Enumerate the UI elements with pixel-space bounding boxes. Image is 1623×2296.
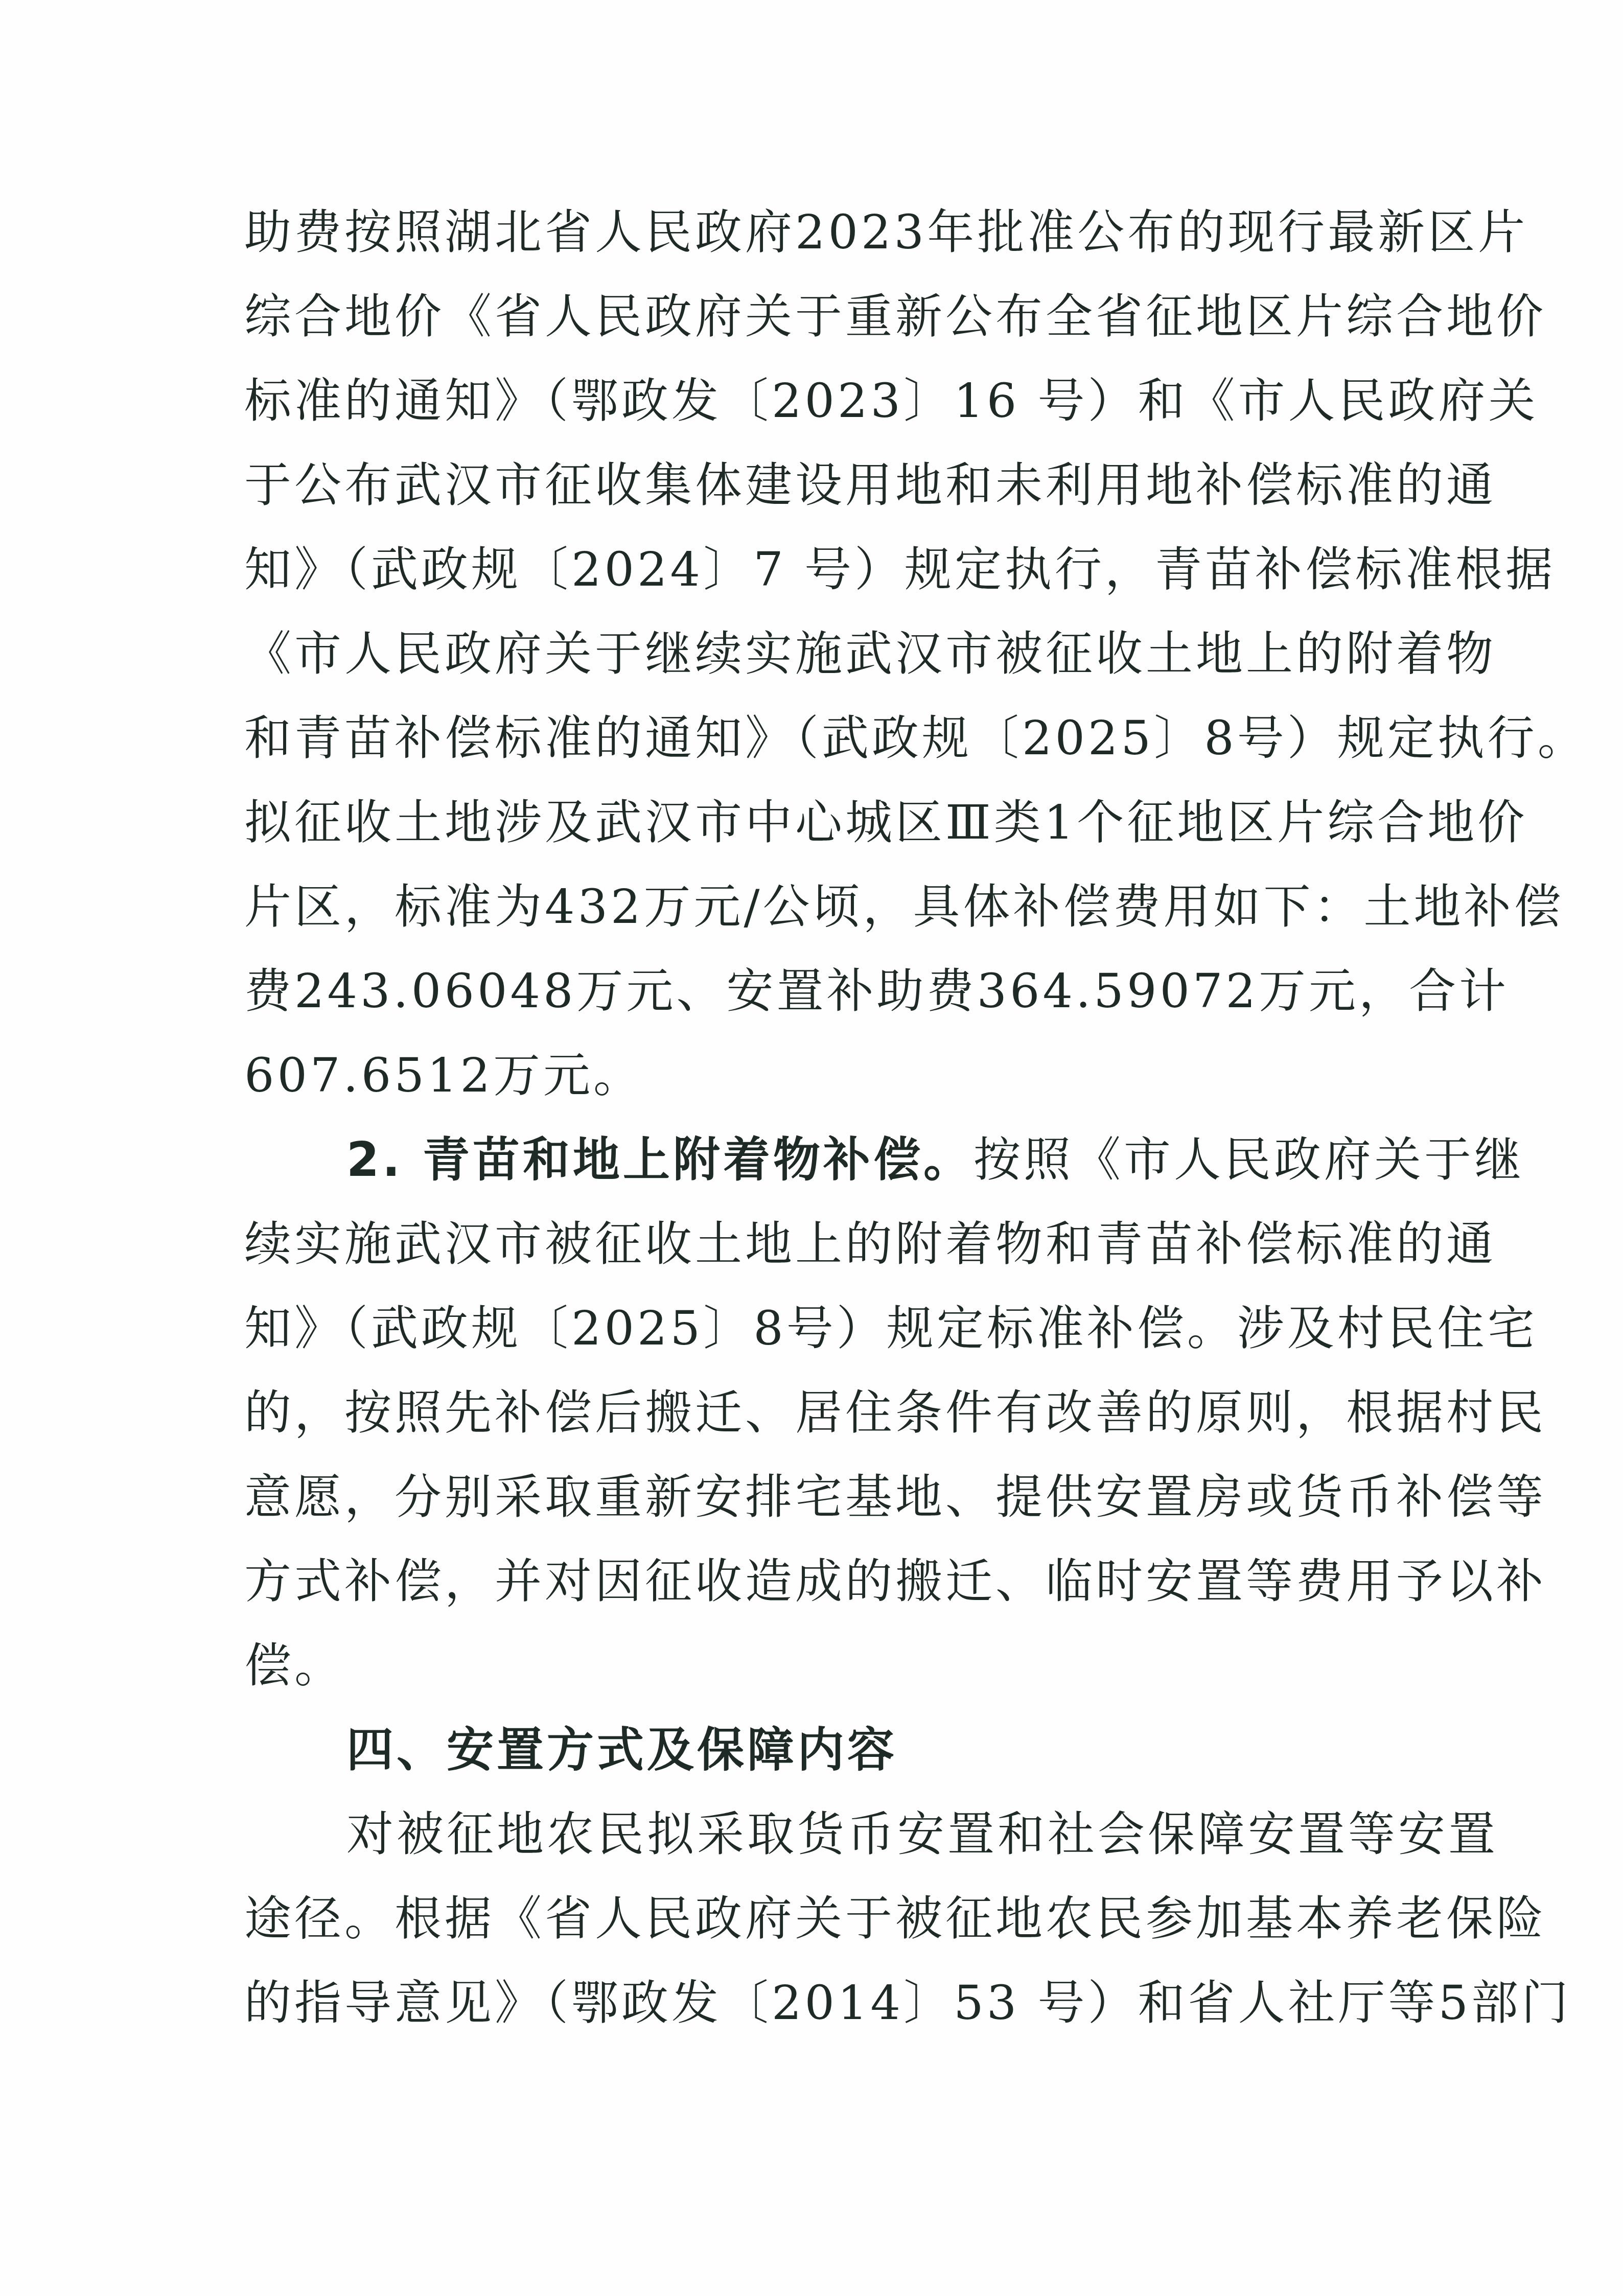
text-line: 《市人民政府关于继续实施武汉市被征收土地上的附着物 — [244, 612, 1374, 696]
text-line: 标准的通知》（鄂政发〔2023〕16 号）和《市人民政府关 — [244, 359, 1374, 443]
text-line-with-lead: 2. 青苗和地上附着物补偿。按照《市人民政府关于继 — [244, 1118, 1374, 1202]
text-line: 知》（武政规〔2025〕8号）规定标准补偿。涉及村民住宅 — [244, 1286, 1374, 1371]
text-line: 助费按照湖北省人民政府2023年批准公布的现行最新区片 — [244, 190, 1374, 274]
text-line: 费243.06048万元、安置补助费364.59072万元，合计 — [244, 949, 1374, 1033]
text-line: 方式补偿，并对因征收造成的搬迁、临时安置等费用予以补 — [244, 1539, 1374, 1624]
section-heading: 四、安置方式及保障内容 — [244, 1708, 1374, 1792]
text-line: 偿。 — [244, 1624, 1374, 1708]
text-line: 意愿，分别采取重新安排宅基地、提供安置房或货币补偿等 — [244, 1455, 1374, 1539]
text-line: 续实施武汉市被征收土地上的附着物和青苗补偿标准的通 — [244, 1202, 1374, 1286]
text-line: 知》（武政规〔2024〕7 号）规定执行，青苗补偿标准根据 — [244, 527, 1374, 612]
document-page: 助费按照湖北省人民政府2023年批准公布的现行最新区片 综合地价《省人民政府关于… — [0, 0, 1623, 2296]
paragraph-crops-compensation: 2. 青苗和地上附着物补偿。按照《市人民政府关于继 续实施武汉市被征收土地上的附… — [244, 1118, 1374, 1708]
item-lead-title: 2. 青苗和地上附着物补偿。 — [346, 1132, 973, 1187]
text-line: 的，按照先补偿后搬迁、居住条件有改善的原则，根据村民 — [244, 1371, 1374, 1455]
text-line: 途径。根据《省人民政府关于被征地农民参加基本养老保险 — [244, 1876, 1374, 1961]
section-heading-block: 四、安置方式及保障内容 — [244, 1708, 1374, 1792]
text-line: 607.6512万元。 — [244, 1033, 1374, 1118]
text-line: 和青苗补偿标准的通知》（武政规〔2025〕8号）规定执行。 — [244, 696, 1374, 780]
text-line: 片区，标准为432万元/公顷，具体补偿费用如下：土地补偿 — [244, 865, 1374, 949]
text-line: 于公布武汉市征收集体建设用地和未利用地补偿标准的通 — [244, 443, 1374, 527]
paragraph-land-compensation: 助费按照湖北省人民政府2023年批准公布的现行最新区片 综合地价《省人民政府关于… — [244, 190, 1374, 1118]
text-line: 拟征收土地涉及武汉市中心城区Ⅲ类1个征地区片综合地价 — [244, 780, 1374, 865]
paragraph-resettlement: 对被征地农民拟采取货币安置和社会保障安置等安置 途径。根据《省人民政府关于被征地… — [244, 1792, 1374, 2045]
text-fragment: 按照《市人民政府关于继 — [973, 1132, 1524, 1187]
text-line: 对被征地农民拟采取货币安置和社会保障安置等安置 — [244, 1792, 1374, 1876]
text-line: 综合地价《省人民政府关于重新公布全省征地区片综合地价 — [244, 274, 1374, 359]
text-line: 的指导意见》（鄂政发〔2014〕53 号）和省人社厅等5部门 — [244, 1961, 1374, 2045]
